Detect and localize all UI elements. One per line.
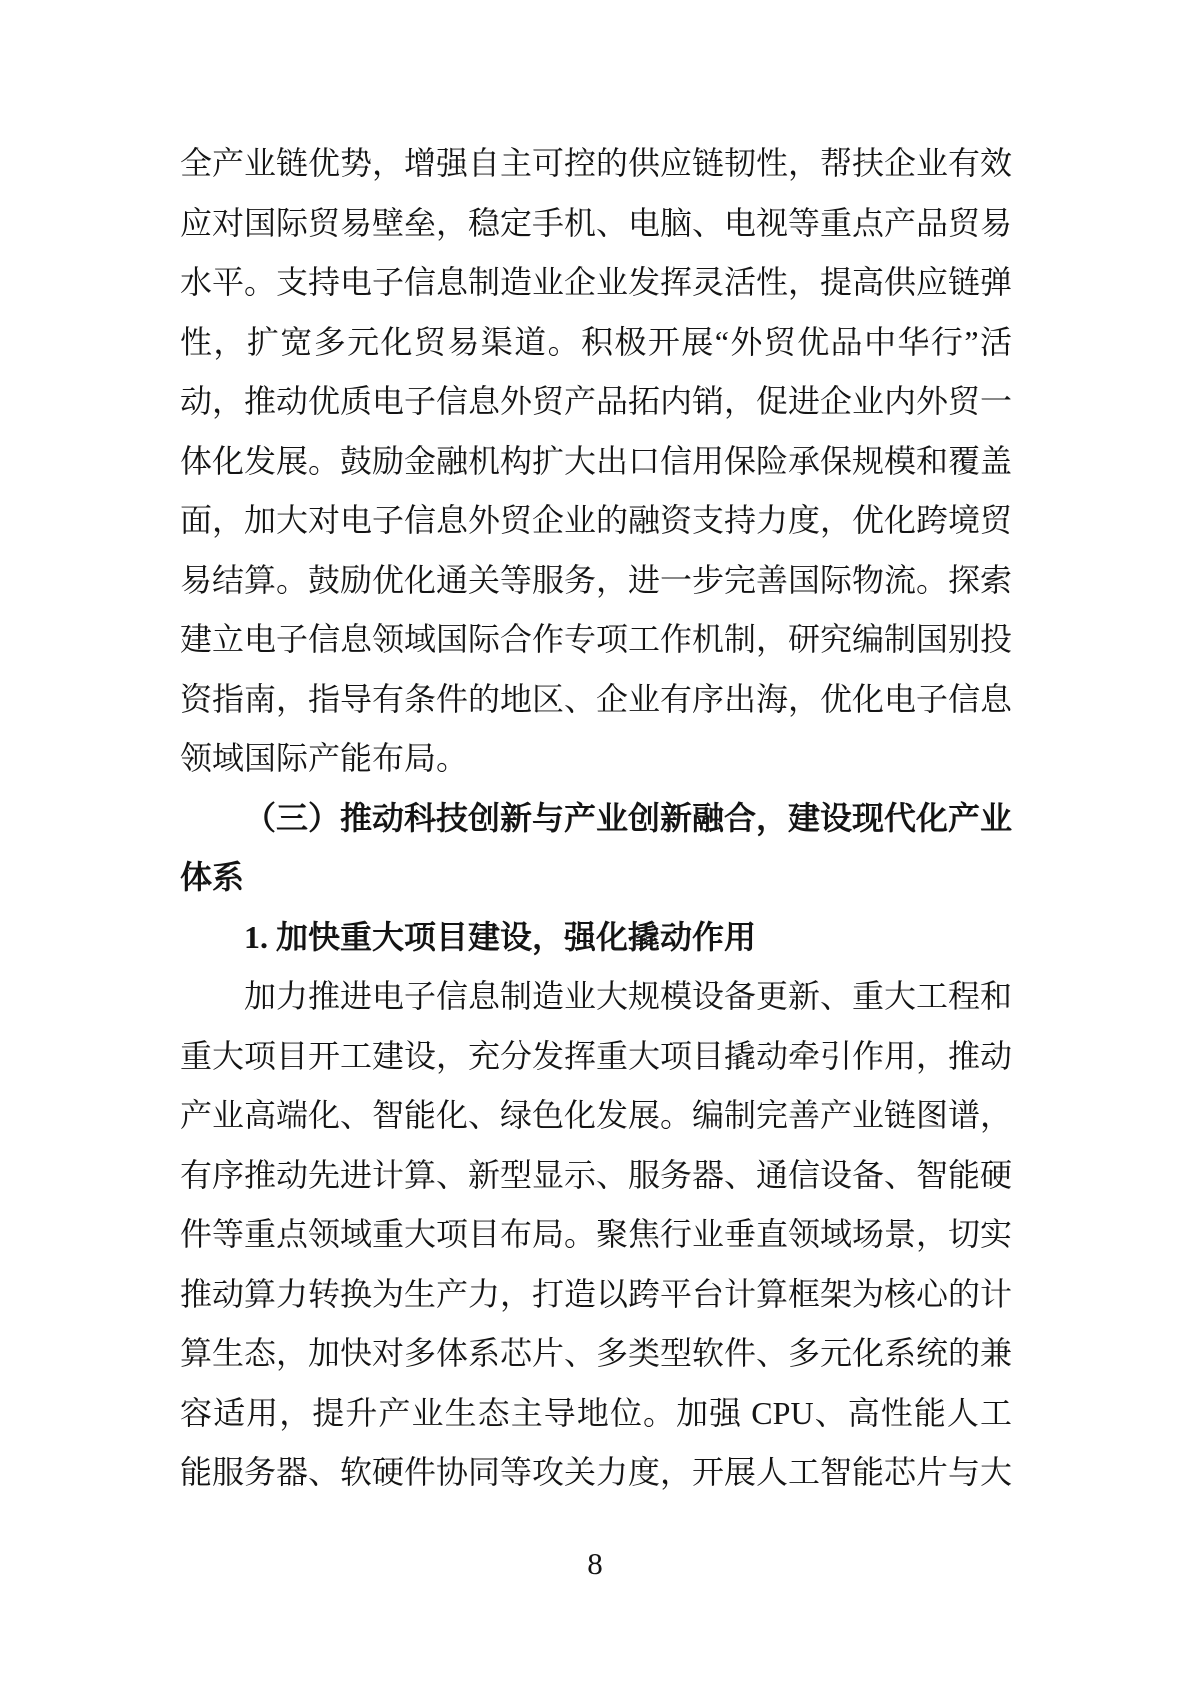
subsection-heading-line: 1. 加快重大项目建设，强化撬动作用 xyxy=(180,908,1012,968)
text-line: 加力推进电子信息制造业大规模设备更新、重大工程和 xyxy=(180,967,1012,1027)
text-line: 能服务器、软硬件协同等攻关力度，开展人工智能芯片与大 xyxy=(180,1443,1012,1503)
text-line: 产业高端化、智能化、绿色化发展。编制完善产业链图谱， xyxy=(180,1086,1012,1146)
document-page: 全产业链优势，增强自主可控的供应链韧性，帮扶企业有效应对国际贸易壁垒，稳定手机、… xyxy=(0,0,1190,1683)
text-line: 体化发展。鼓励金融机构扩大出口信用保险承保规模和覆盖 xyxy=(180,432,1012,492)
text-line: 易结算。鼓励优化通关等服务，进一步完善国际物流。探索 xyxy=(180,551,1012,611)
text-line: 性，扩宽多元化贸易渠道。积极开展“外贸优品中华行”活 xyxy=(180,313,1012,373)
text-line: 水平。支持电子信息制造业企业发挥灵活性，提高供应链弹 xyxy=(180,253,1012,313)
text-line: 件等重点领域重大项目布局。聚焦行业垂直领域场景，切实 xyxy=(180,1205,1012,1265)
page-number: 8 xyxy=(587,1546,603,1581)
section-heading-line: 体系 xyxy=(180,848,1012,908)
text-line: 算生态，加快对多体系芯片、多类型软件、多元化系统的兼 xyxy=(180,1324,1012,1384)
text-line: 容适用，提升产业生态主导地位。加强 CPU、高性能人工智 xyxy=(180,1384,1012,1444)
section-heading-line: （三）推动科技创新与产业创新融合，建设现代化产业 xyxy=(180,789,1012,849)
text-line: 全产业链优势，增强自主可控的供应链韧性，帮扶企业有效 xyxy=(180,134,1012,194)
text-line: 建立电子信息领域国际合作专项工作机制，研究编制国别投 xyxy=(180,610,1012,670)
text-line: 资指南，指导有条件的地区、企业有序出海，优化电子信息 xyxy=(180,670,1012,730)
text-line: 重大项目开工建设，充分发挥重大项目撬动牵引作用，推动 xyxy=(180,1027,1012,1087)
text-line: 推动算力转换为生产力，打造以跨平台计算框架为核心的计 xyxy=(180,1265,1012,1325)
text-line: 应对国际贸易壁垒，稳定手机、电脑、电视等重点产品贸易 xyxy=(180,194,1012,254)
page-footer: 8 xyxy=(0,1544,1190,1584)
document-body: 全产业链优势，增强自主可控的供应链韧性，帮扶企业有效应对国际贸易壁垒，稳定手机、… xyxy=(180,134,1012,1503)
text-line: 面，加大对电子信息外贸企业的融资支持力度，优化跨境贸 xyxy=(180,491,1012,551)
text-line: 动，推动优质电子信息外贸产品拓内销，促进企业内外贸一 xyxy=(180,372,1012,432)
text-line: 有序推动先进计算、新型显示、服务器、通信设备、智能硬 xyxy=(180,1146,1012,1206)
text-line: 领域国际产能布局。 xyxy=(180,729,1012,789)
